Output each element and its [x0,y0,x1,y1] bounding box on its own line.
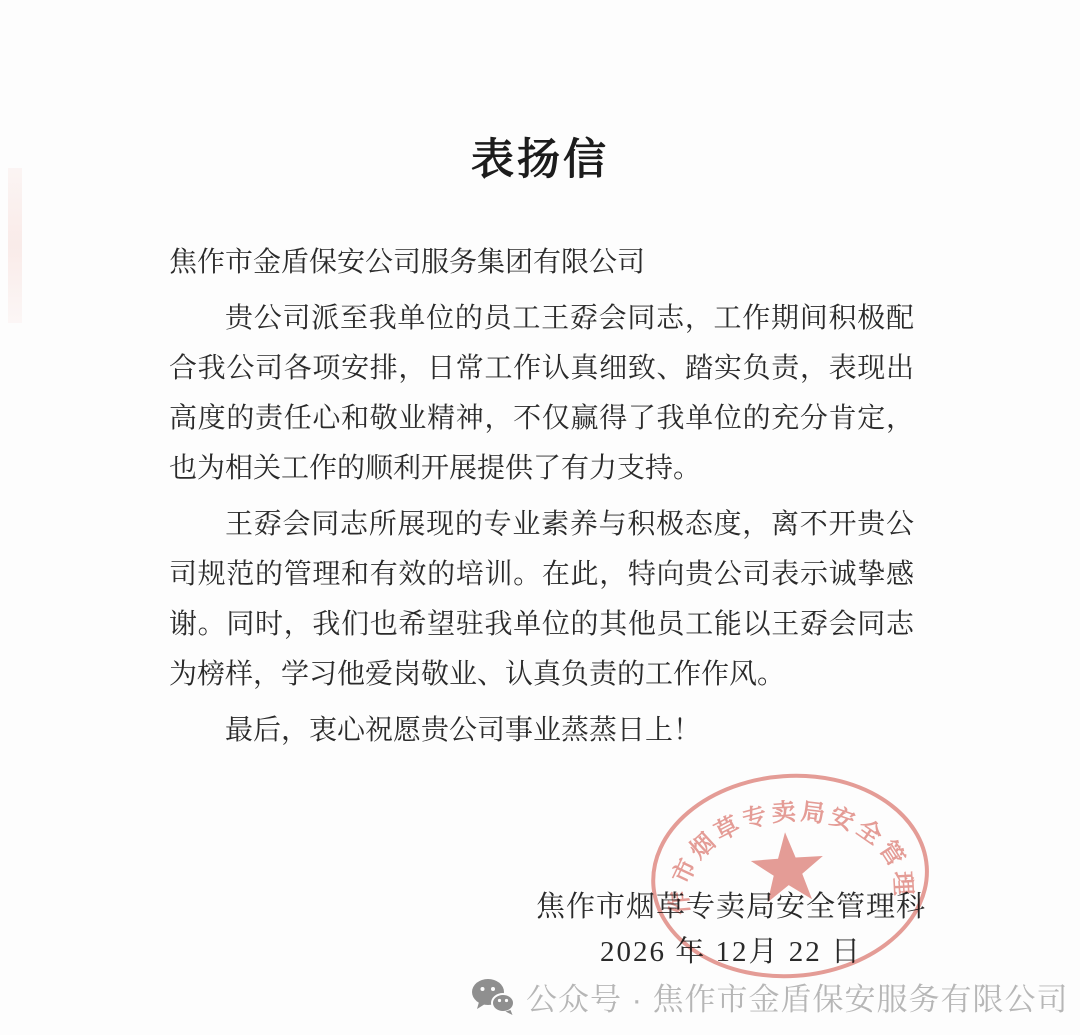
recipient-line: 焦作市金盾保安公司服务集团有限公司 [169,238,914,288]
letter-title: 表扬信 [0,126,1080,187]
signature-line: 焦作市烟草专卖局安全管理科 [535,888,927,926]
footer-watermark: 公众号 · 焦作市金盾保安服务有限公司 [471,974,1069,1019]
letter-body: 焦作市金盾保安公司服务集团有限公司 贵公司派至我单位的员工王孬会同志，工作期间积… [169,238,914,756]
wechat-icon [471,978,515,1016]
paragraph-3: 最后，衷心祝愿贵公司事业蒸蒸日上！ [169,706,914,756]
scan-artifact [8,168,22,323]
letter-page: 表扬信 焦作市金盾保安公司服务集团有限公司 贵公司派至我单位的员工王孬会同志，工… [0,0,1080,1035]
signature-block: 焦作市烟草专卖局安全管理科 2026 年 12月 22 日 [535,888,927,970]
footer-watermark-text: 公众号 · 焦作市金盾保安服务有限公司 [526,974,1069,1019]
paragraph-1: 贵公司派至我单位的员工王孬会同志，工作期间积极配合我公司各项安排，日常工作认真细… [169,294,914,494]
date-line: 2026 年 12月 22 日 [535,934,927,970]
paragraph-2: 王孬会同志所展现的专业素养与积极态度，离不开贵公司规范的管理和有效的培训。在此，… [169,500,914,700]
